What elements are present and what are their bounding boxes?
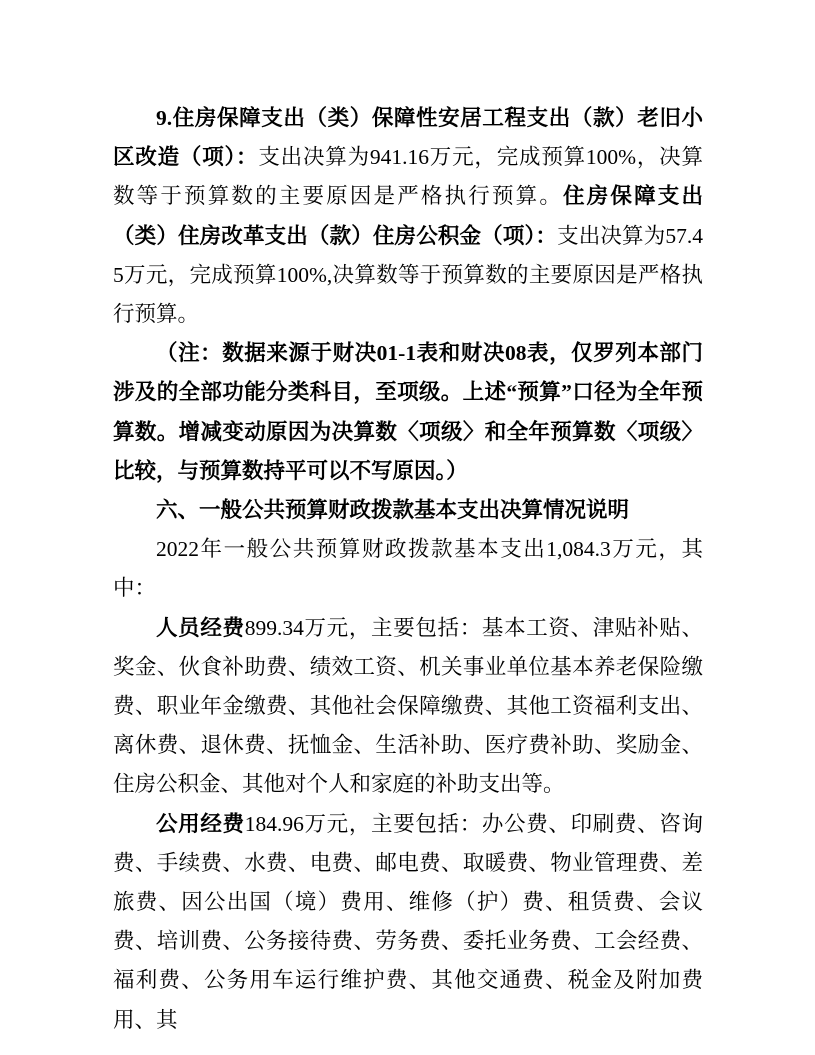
- text-segment: 2022年一般公共预算财政拨款基本支出1,084.3万元，其中：: [113, 537, 703, 600]
- paragraph-personnel-funds: 人员经费899.34万元，主要包括：基本工资、津贴补贴、奖金、伙食补助费、绩效工…: [113, 609, 703, 805]
- heading-section-six: 六、一般公共预算财政拨款基本支出决算情况说明: [113, 491, 703, 530]
- text-segment: 六、一般公共预算财政拨款基本支出决算情况说明: [156, 498, 629, 522]
- document-body: 9.住房保障支出（类）保障性安居工程支出（款）老旧小区改造（项）：支出决算为94…: [113, 0, 703, 1040]
- paragraph-basic-expenditure-total: 2022年一般公共预算财政拨款基本支出1,084.3万元，其中：: [113, 530, 703, 608]
- text-segment: 899.34万元，主要包括：基本工资、津贴补贴、奖金、伙食补助费、绩效工资、机关…: [113, 616, 703, 797]
- text-segment: 人员经费: [156, 616, 245, 640]
- paragraph-housing-settlement: 9.住房保障支出（类）保障性安居工程支出（款）老旧小区改造（项）：支出决算为94…: [113, 99, 703, 334]
- paragraph-public-funds: 公用经费184.96万元，主要包括：办公费、印刷费、咨询费、手续费、水费、电费、…: [113, 805, 703, 1040]
- text-segment: 184.96万元，主要包括：办公费、印刷费、咨询费、手续费、水费、电费、邮电费、…: [113, 812, 703, 1032]
- paragraph-note: （注：数据来源于财决01-1表和财决08表，仅罗列本部门涉及的全部功能分类科目，…: [113, 334, 703, 491]
- document-page: 9.住房保障支出（类）保障性安居工程支出（款）老旧小区改造（项）：支出决算为94…: [0, 0, 815, 1055]
- text-segment: （注：数据来源于财决01-1表和财决08表，仅罗列本部门涉及的全部功能分类科目，…: [113, 341, 703, 483]
- text-segment: 公用经费: [156, 812, 245, 836]
